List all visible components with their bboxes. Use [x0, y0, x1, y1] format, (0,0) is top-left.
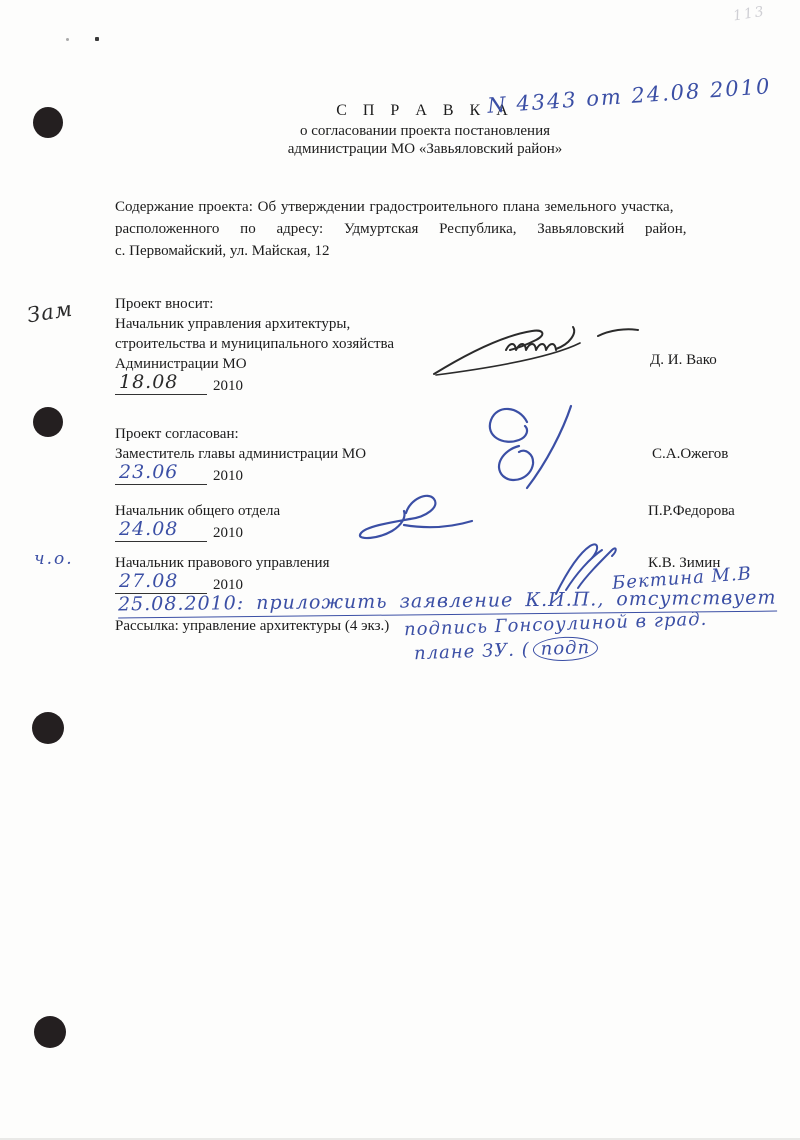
- summary-line1: Содержание проекта: Об утверждении градо…: [115, 199, 715, 216]
- margin-note-zam: Зам: [25, 297, 74, 328]
- page-number-pencil: 113: [732, 4, 767, 25]
- document-subtitle-line1: о согласовании проекта постановления: [45, 123, 800, 140]
- summary-line3: с. Первомайский, ул. Майская, 12: [115, 243, 715, 260]
- deputy-year: 2010: [213, 468, 243, 484]
- submit-year: 2010: [213, 378, 243, 394]
- legal-year: 2010: [213, 577, 243, 593]
- legal-date-handwritten: 27.08: [119, 570, 178, 592]
- deputy-signer-name: С.А.Ожегов: [652, 446, 728, 463]
- signature-vako: [430, 320, 642, 382]
- general-date-handwritten: 24.08: [119, 518, 178, 540]
- hole-punch-mark: [33, 407, 63, 437]
- general-year: 2010: [213, 525, 243, 541]
- footer-note3-handwritten: плане ЗУ. (подп: [414, 636, 599, 666]
- general-date-row: 24.082010: [115, 518, 243, 542]
- footer-circled-mark: подп: [532, 636, 598, 662]
- scan-speck: [66, 38, 69, 41]
- summary-line2: расположенного по адресу: Удмуртская Рес…: [115, 221, 715, 238]
- scanned-document-page: 113 С П Р А В К А N 4343 от 24.08 2010 о…: [0, 0, 800, 1140]
- deputy-date-handwritten: 23.06: [119, 461, 178, 483]
- signature-ozhegov: [475, 402, 593, 490]
- distribution-line: Рассылка: управление архитектуры (4 экз.…: [115, 618, 389, 635]
- submit-date-handwritten: 18.08: [119, 371, 178, 393]
- deputy-date-row: 23.062010: [115, 461, 243, 485]
- legal-date-row: 27.082010: [115, 570, 243, 594]
- footer-note3-text: плане ЗУ. (: [414, 639, 530, 664]
- general-signer-name: П.Р.Федорова: [648, 503, 735, 520]
- submit-heading: Проект вносит:: [115, 296, 213, 313]
- document-subtitle-line2: администрации МО «Завьяловский район»: [45, 141, 800, 158]
- signature-fedorova: [348, 485, 474, 540]
- hole-punch-mark: [32, 712, 64, 744]
- submit-role-line2: строительства и муниципального хозяйства: [115, 336, 394, 353]
- scan-speck: [95, 37, 99, 41]
- submit-role-line1: Начальник управления архитектуры,: [115, 316, 350, 333]
- margin-note-cho: ч.о.: [34, 549, 74, 569]
- submit-signer-name: Д. И. Вако: [650, 352, 717, 369]
- hole-punch-mark: [34, 1016, 66, 1048]
- submit-date-row: 18.082010: [115, 371, 243, 395]
- document-title: С П Р А В К А: [45, 102, 800, 120]
- approve-heading: Проект согласован:: [115, 426, 239, 443]
